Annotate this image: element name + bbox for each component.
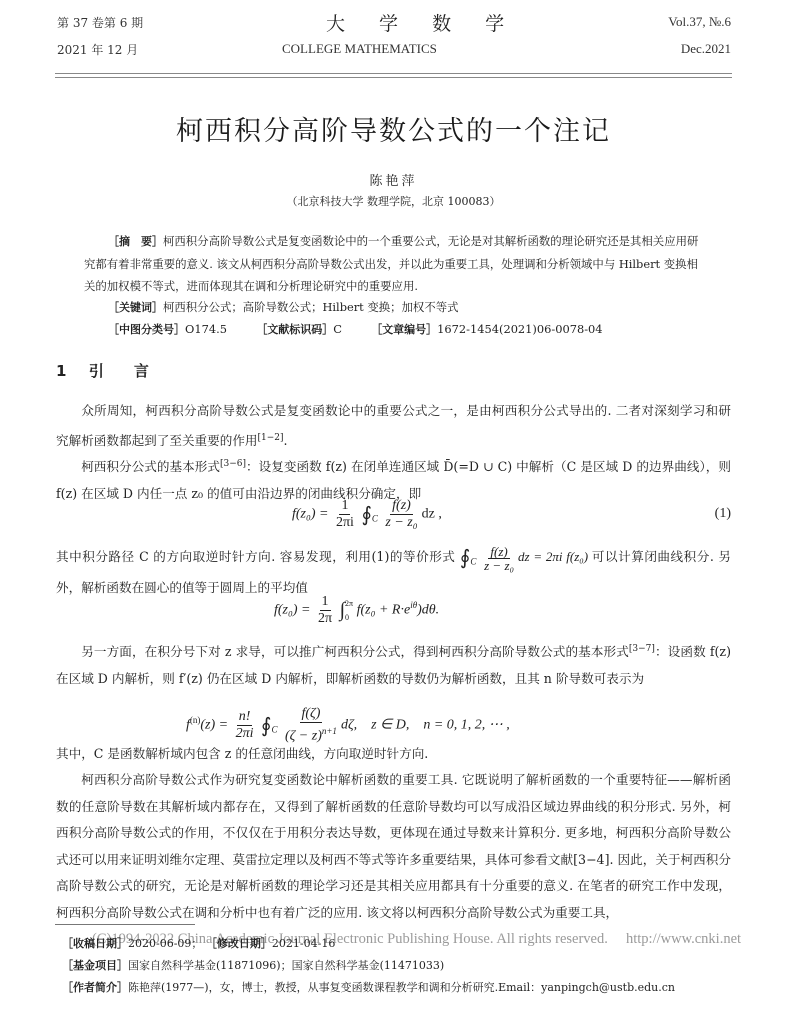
integrand: f(z)z − z₀ <box>383 498 419 531</box>
citation: [3−7] <box>629 644 655 654</box>
paragraph-intro: 众所周知，柯西积分高阶导数公式是复变函数论中的重要公式之一，是由柯西积分公式导出… <box>56 398 731 454</box>
citation: [1−2] <box>258 433 284 443</box>
header-rule <box>55 73 732 78</box>
fraction: 12πi <box>334 498 356 531</box>
integral-limits: 2π0 <box>345 597 353 625</box>
eq-tail: dz = 2πi f(z₀) <box>518 549 588 564</box>
keywords: ［关键词］柯西积分公式；高阶导数公式；Hilbert 变换；加权不等式 <box>108 296 459 319</box>
derivative-order: (n) <box>190 715 201 725</box>
contour-integral-symbol: ∮ <box>361 504 371 526</box>
funding-value: 国家自然科学基金(11871096)；国家自然科学基金(11471033) <box>128 959 444 972</box>
funding-label: ［基金项目］ <box>62 959 128 972</box>
article-no-label: ［文章编号］ <box>371 323 437 336</box>
revised-date-value: 2021-04-16 <box>272 937 335 950</box>
section-number: 1 <box>56 362 66 380</box>
frac-den: 2π <box>316 611 334 627</box>
contour-integral-symbol: ∮ <box>261 715 271 737</box>
paragraph-intro-text: 众所周知，柯西积分高阶导数公式是复变函数论中的重要公式之一，是由柯西积分公式导出… <box>56 403 731 448</box>
article-no-value: 1672-1454(2021)06-0078-04 <box>437 322 602 336</box>
eq-tail: f(z₀ + R·e <box>357 603 411 618</box>
integrand-num: f(ζ) <box>300 706 323 723</box>
integral-subscript: C <box>372 514 378 524</box>
section-heading: 1 引 言 <box>56 360 149 381</box>
integrand: f(z)z − z₀ <box>482 545 516 572</box>
journal-name-cn: 大 学 数 学 <box>326 9 518 36</box>
eq-lhs-arg: (z) = <box>200 718 228 733</box>
paragraph-text: 其中积分路径 C 的方向取逆时针方向. 容易发现，利用(1)的等价形式 <box>56 549 455 564</box>
paper-title: 柯西积分高阶导数公式的一个注记 <box>0 109 787 148</box>
abstract-label: ［摘 要］ <box>108 235 163 248</box>
received-date-label: ［收稿日期］ <box>62 937 128 950</box>
received-date-value: 2020-06-09； <box>128 937 202 950</box>
equation-nth-derivative: f(n)(z) = n!2πi ∮C f(ζ)(ζ − z)n+1dζ, z ∈… <box>186 706 510 745</box>
integrand-den: z − z₀ <box>383 515 419 531</box>
paragraph-text: 另一方面，在积分号下对 z 求导，可以推广柯西积分公式，得到柯西积分高阶导数公式… <box>81 644 629 659</box>
period: . <box>284 433 288 448</box>
paragraph-contour-note: 其中，C 是函数解析域内包含 z 的任意闭曲线，方向取逆时针方向. <box>56 741 731 768</box>
equation-mean-value: f(z₀) = 12π ∫2π0 f(z₀ + R·eiθ)dθ. <box>274 594 439 627</box>
footnote-author-bio: ［作者简介］陈艳萍(1977—)，女，博士，教授，从事复变函数课程教学和调和分析… <box>62 978 675 998</box>
journal-name-en: COLLEGE MATHEMATICS <box>282 41 437 57</box>
fraction: n!2πi <box>234 709 256 742</box>
abstract: ［摘 要］柯西积分高阶导数公式是复变函数论中的一个重要公式，无论是对其解析函数的… <box>84 230 700 297</box>
author-bio-label: ［作者简介］ <box>62 981 128 994</box>
eq-tail: dζ, z ∈ D, n = 0, 1, 2, ⋯ , <box>341 718 510 733</box>
abstract-text: 柯西积分高阶导数公式是复变函数论中的一个重要公式，无论是对其解析函数的理论研究还… <box>84 234 698 293</box>
integrand-den: z − z₀ <box>482 559 516 572</box>
header-vol-no: Vol.37, №.6 <box>668 14 731 30</box>
classification-line: ［中图分类号］O174.5 ［文献标识码］C ［文章编号］1672-1454(2… <box>108 318 603 341</box>
doc-code-label: ［文献标识码］ <box>256 323 333 336</box>
integrand-num: f(z) <box>390 498 413 515</box>
eq-tail: dz , <box>422 507 442 522</box>
integral-subscript: C <box>271 724 277 734</box>
author-bio-value: 陈艳萍(1977—)，女，博士，教授，从事复变函数课程教学和调和分析研究.Ema… <box>128 981 675 994</box>
integrand-num: f(z) <box>488 545 509 559</box>
doc-code-value: C <box>333 322 342 336</box>
author-affiliation: （北京科技大学 数理学院，北京 100083） <box>0 193 787 209</box>
header-date-cn: 2021 年 12 月 <box>57 41 138 58</box>
inline-equation: ∮C f(z)z − z₀dz = 2πi f(z₀) <box>460 549 592 564</box>
footnote-dates: ［收稿日期］2020-06-09； ［修改日期］2021-04-16 <box>62 934 335 954</box>
integrand-den-exp: n+1 <box>322 726 337 736</box>
section-title: 引 言 <box>89 362 149 380</box>
header-volume-issue: 第 37 卷第 6 期 <box>57 14 143 31</box>
equation-cauchy-integral: f(z₀) = 12πi ∮C f(z)z − z₀dz , <box>292 498 442 531</box>
keywords-text: 柯西积分公式；高阶导数公式；Hilbert 变换；加权不等式 <box>163 300 459 314</box>
header-date-en: Dec.2021 <box>681 41 731 57</box>
frac-den: 2πi <box>234 726 256 742</box>
frac-num: 1 <box>320 594 331 611</box>
eq-lhs: f(z₀) = <box>292 507 328 522</box>
integral-subscript: C <box>470 557 476 567</box>
frac-num: n! <box>237 709 253 726</box>
frac-den: 2πi <box>334 515 356 531</box>
author-name: 陈艳萍 <box>0 170 787 189</box>
clc-label: ［中图分类号］ <box>108 323 185 336</box>
lower-limit: 0 <box>345 611 353 625</box>
eq-lhs: f(z₀) = <box>274 603 310 618</box>
contour-integral-symbol: ∮ <box>460 547 470 569</box>
paragraph-importance: 柯西积分高阶导数公式作为研究复变函数论中解析函数的重要工具. 它既说明了解析函数… <box>56 767 731 926</box>
paragraph-text: 柯西积分公式的基本形式 <box>81 459 220 474</box>
revised-date-label: ［修改日期］ <box>206 937 272 950</box>
eq-tail: )dθ. <box>417 603 439 618</box>
footnote-funding: ［基金项目］国家自然科学基金(11871096)；国家自然科学基金(114710… <box>62 956 444 976</box>
fraction: 12π <box>316 594 334 627</box>
equation-number: (1) <box>715 506 731 522</box>
paragraph-higher-derivative: 另一方面，在积分号下对 z 求导，可以推广柯西积分公式，得到柯西积分高阶导数公式… <box>56 636 731 692</box>
citation: [3−6] <box>220 459 246 469</box>
integrand: f(ζ)(ζ − z)n+1 <box>283 706 339 745</box>
upper-limit: 2π <box>345 597 353 611</box>
clc-value: O174.5 <box>185 322 227 336</box>
paragraph-equivalent-form: 其中积分路径 C 的方向取逆时针方向. 容易发现，利用(1)的等价形式 ∮C f… <box>56 544 731 602</box>
keywords-label: ［关键词］ <box>108 301 163 314</box>
frac-num: 1 <box>339 498 350 515</box>
footnote-rule <box>55 924 195 925</box>
